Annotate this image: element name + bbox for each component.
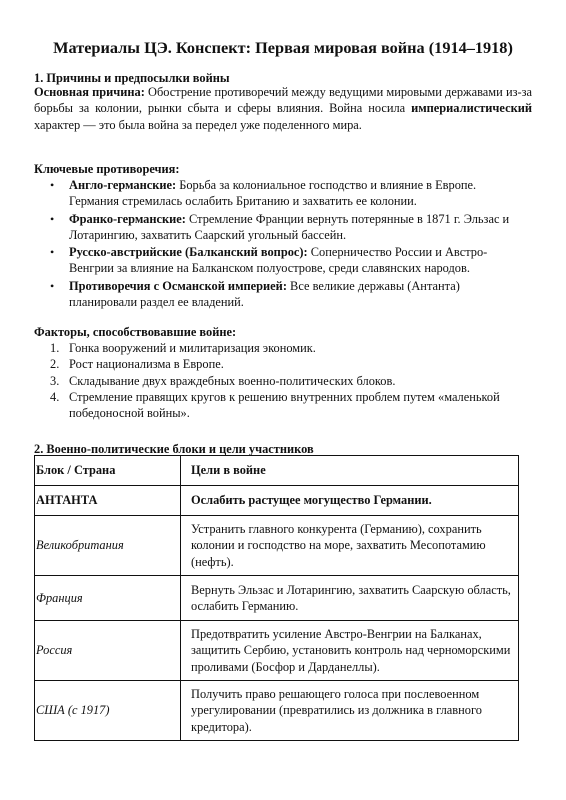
- item-text: Стремление правящих кругов к решению вну…: [69, 390, 500, 420]
- item-number: 3.: [50, 373, 59, 389]
- country-cell: АНТАНТА: [35, 486, 181, 516]
- goal-cell: Вернуть Эльзас и Лотарингию, захватить С…: [181, 576, 519, 621]
- country-cell: Франция: [35, 576, 181, 621]
- bullet-icon: •: [50, 177, 54, 193]
- factors-heading: Факторы, способствовавшие войне:: [34, 324, 236, 340]
- war-goals-table: Блок / Страна Цели в войне АНТАНТА Ослаб…: [34, 455, 519, 741]
- list-item: •Русско-австрийские (Балканский вопрос):…: [34, 244, 514, 277]
- document-title: Материалы ЦЭ. Конспект: Первая мировая в…: [34, 38, 532, 58]
- table-row: США (с 1917) Получить право решающего го…: [35, 681, 519, 741]
- goal-cell: Получить право решающего голоса при посл…: [181, 681, 519, 741]
- main-cause-tail: характер — это была война за передел уже…: [34, 118, 362, 132]
- contradictions-heading: Ключевые противоречия:: [34, 161, 180, 177]
- item-label: Русско-австрийские (Балканский вопрос):: [69, 245, 308, 259]
- item-text: Складывание двух враждебных военно-полит…: [69, 374, 395, 388]
- country-cell: Россия: [35, 621, 181, 681]
- country-cell: США (с 1917): [35, 681, 181, 741]
- table-row: Россия Предотвратить усиление Австро-Вен…: [35, 621, 519, 681]
- bullet-icon: •: [50, 278, 54, 294]
- list-item: •Противоречия с Османской империей: Все …: [34, 278, 514, 311]
- table-row: АНТАНТА Ослабить растущее могущество Гер…: [35, 486, 519, 516]
- item-number: 2.: [50, 356, 59, 372]
- item-label: Англо-германские:: [69, 178, 176, 192]
- goal-cell: Ослабить растущее могущество Германии.: [181, 486, 519, 516]
- table-row: Великобритания Устранить главного конкур…: [35, 516, 519, 576]
- header-cell: Блок / Страна: [35, 456, 181, 486]
- list-item: 2.Рост национализма в Европе.: [34, 356, 514, 372]
- item-label: Противоречия с Османской империей:: [69, 279, 287, 293]
- factors-list: 1.Гонка вооружений и милитаризация эконо…: [34, 340, 514, 421]
- item-text: Гонка вооружений и милитаризация экономи…: [69, 341, 316, 355]
- goal-cell: Устранить главного конкурента (Германию)…: [181, 516, 519, 576]
- header-cell: Цели в войне: [181, 456, 519, 486]
- goal-cell: Предотвратить усиление Австро-Венгрии на…: [181, 621, 519, 681]
- list-item: •Франко-германские: Стремление Франции в…: [34, 211, 514, 244]
- main-cause-label: Основная причина:: [34, 85, 145, 99]
- contradictions-list: •Англо-германские: Борьба за колониально…: [34, 177, 514, 311]
- list-item: 1.Гонка вооружений и милитаризация эконо…: [34, 340, 514, 356]
- item-text: Рост национализма в Европе.: [69, 357, 224, 371]
- bullet-icon: •: [50, 211, 54, 227]
- table-row: Франция Вернуть Эльзас и Лотарингию, зах…: [35, 576, 519, 621]
- list-item: 4.Стремление правящих кругов к решению в…: [34, 389, 514, 422]
- item-label: Франко-германские:: [69, 212, 186, 226]
- list-item: 3.Складывание двух враждебных военно-пол…: [34, 373, 514, 389]
- list-item: •Англо-германские: Борьба за колониально…: [34, 177, 514, 210]
- item-number: 4.: [50, 389, 59, 405]
- bullet-icon: •: [50, 244, 54, 260]
- table-header-row: Блок / Страна Цели в войне: [35, 456, 519, 486]
- main-cause-paragraph: Основная причина: Обострение противоречи…: [34, 84, 532, 133]
- main-cause-bold-term: империалистический: [411, 101, 532, 115]
- country-cell: Великобритания: [35, 516, 181, 576]
- item-number: 1.: [50, 340, 59, 356]
